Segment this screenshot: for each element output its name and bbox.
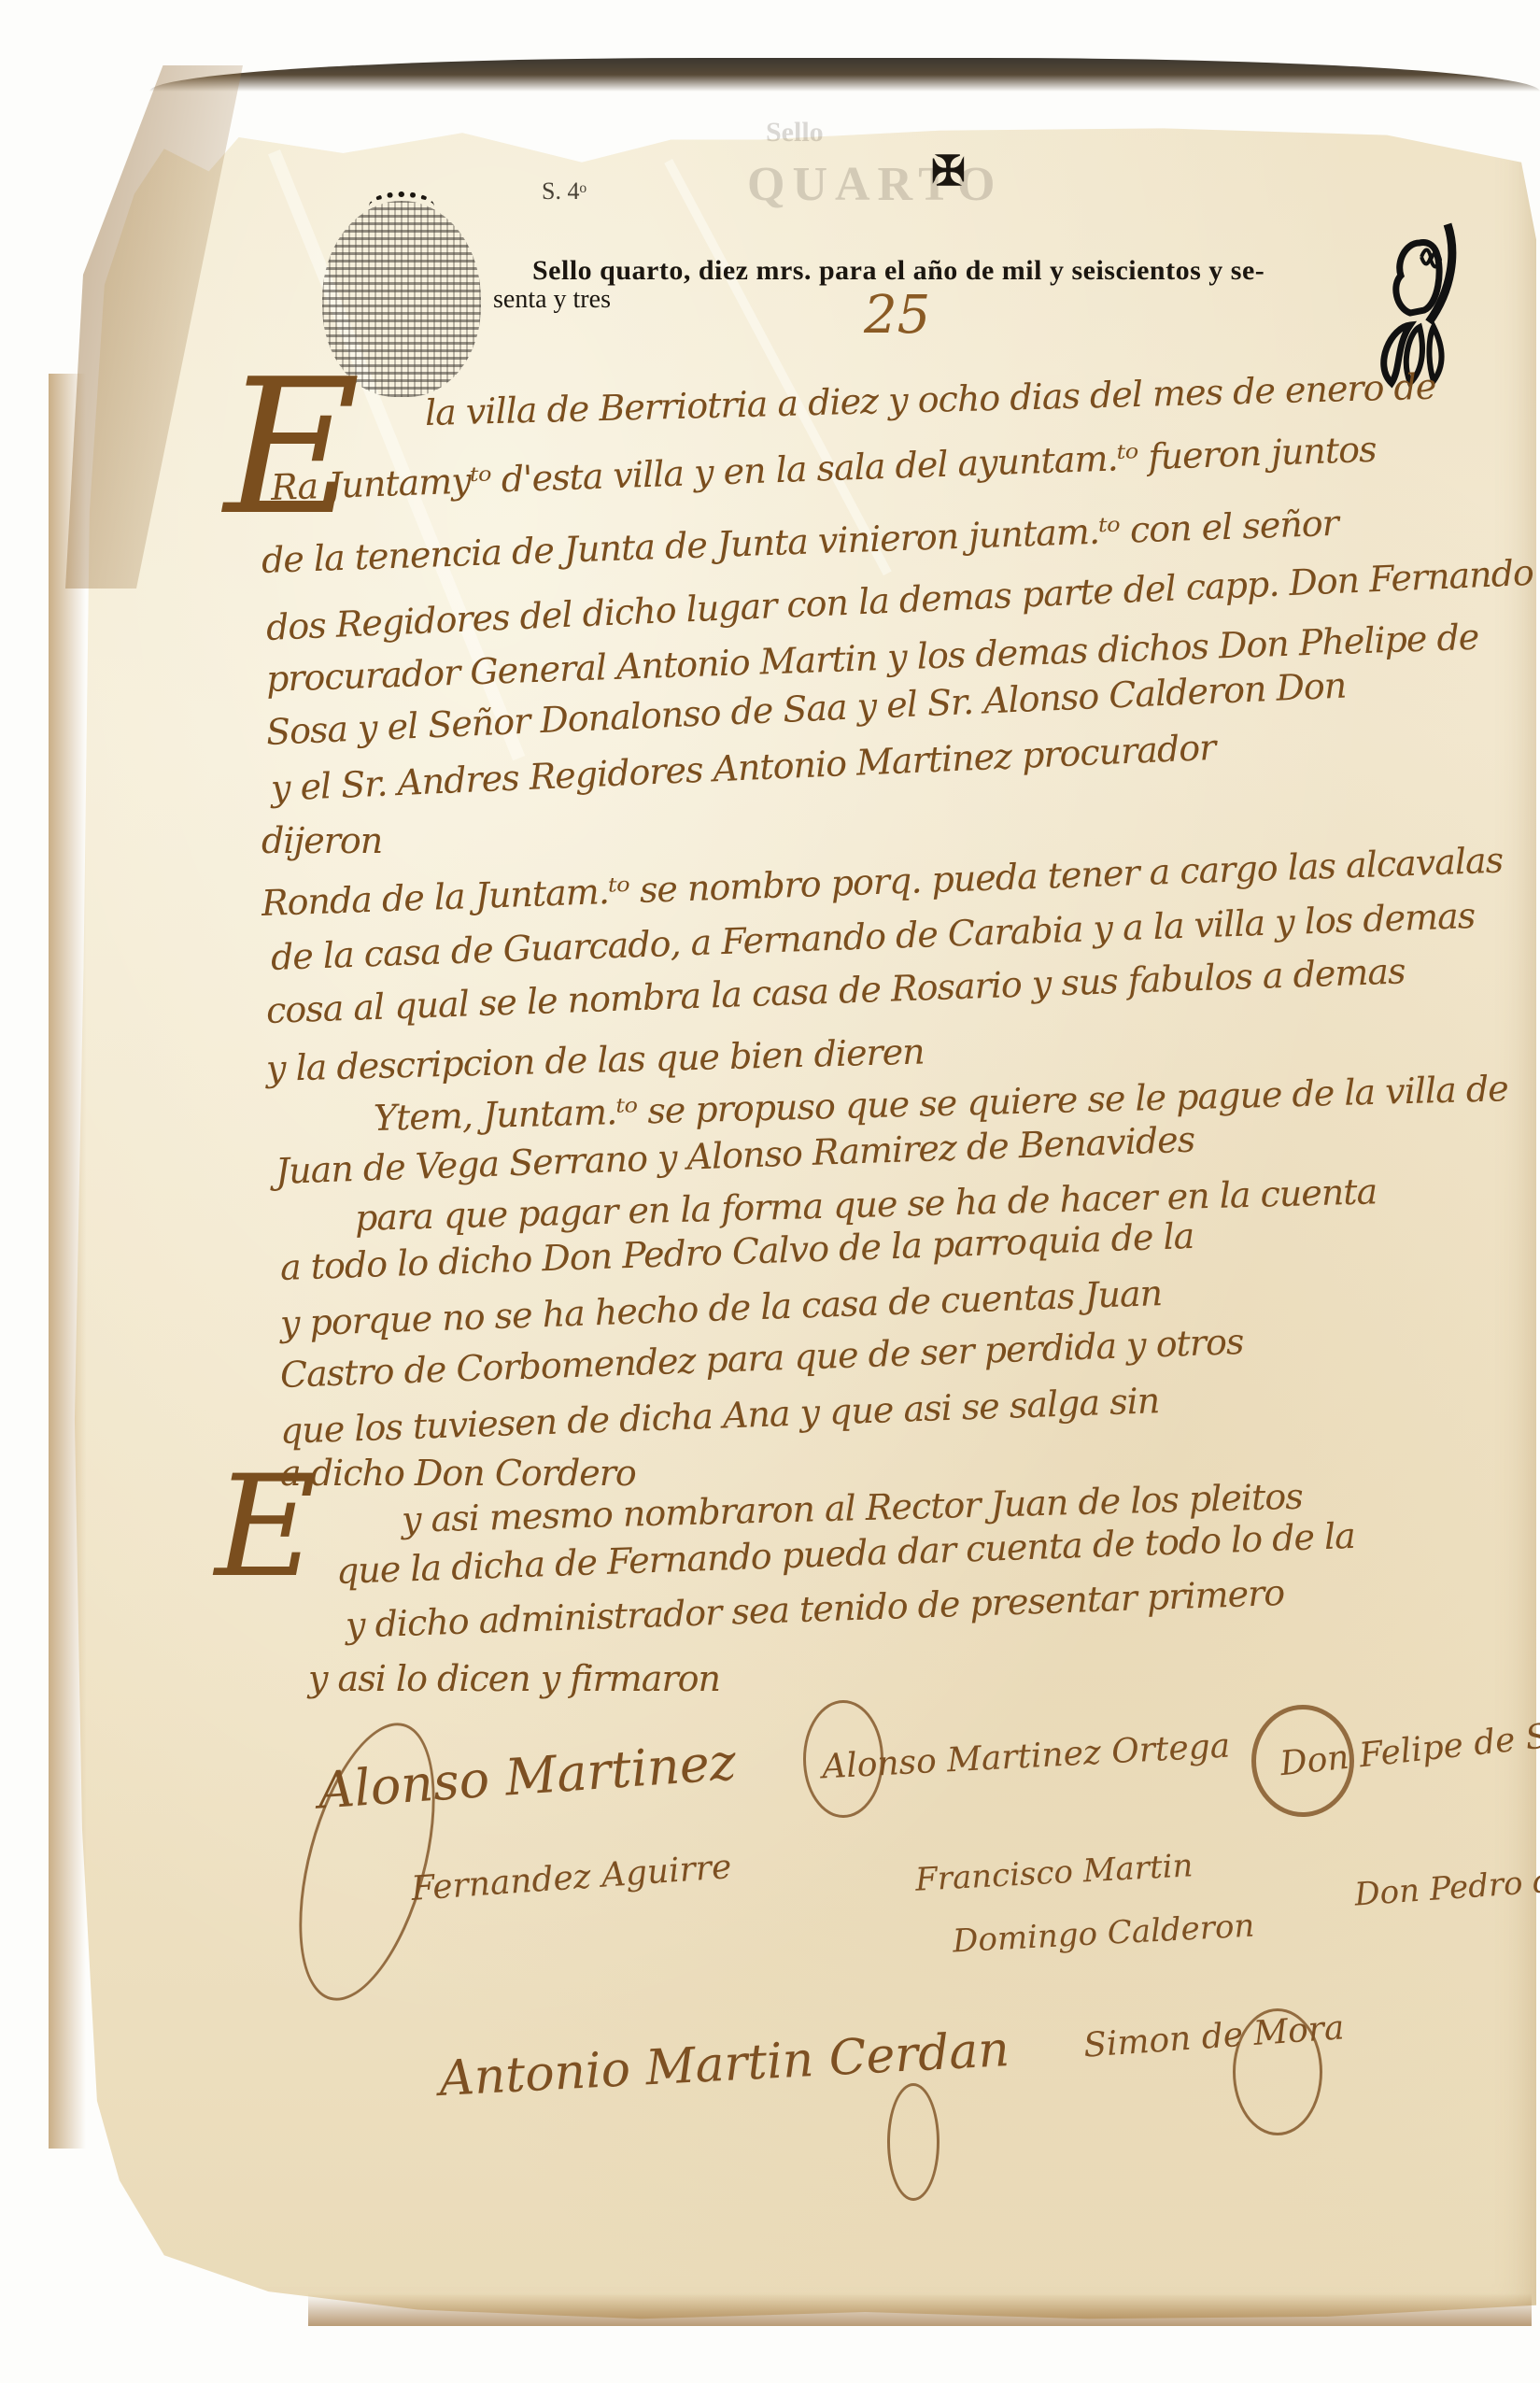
sello-label: S. 4ᵒ	[542, 177, 586, 206]
rubric-flourish	[1233, 2008, 1322, 2135]
rubric-flourish	[1251, 1705, 1354, 1817]
printed-header-line-2: senta y tres	[493, 285, 611, 315]
burnt-top-edge	[149, 58, 1540, 92]
handwritten-line: a dicho Don Cordero	[280, 1453, 636, 1494]
bottom-edge-stain	[308, 2293, 1532, 2326]
decorated-initial: E	[224, 355, 360, 542]
cross-icon: ✠	[931, 148, 966, 195]
folio-number: 25	[864, 285, 930, 346]
handwritten-line: y asi lo dicen y firmaron	[308, 1658, 720, 1699]
notary-hand-mark-icon	[1354, 206, 1466, 392]
handwritten-line: dijeron	[261, 820, 382, 861]
faded-printed-top: Sello	[766, 117, 824, 149]
seal-crown-icon	[369, 191, 434, 221]
left-edge-stain	[49, 374, 86, 2149]
rubric-flourish	[887, 2083, 940, 2201]
printed-header-line-1: Sello quarto, diez mrs. para el año de m…	[532, 255, 1264, 287]
rubric-flourish	[803, 1700, 883, 1818]
